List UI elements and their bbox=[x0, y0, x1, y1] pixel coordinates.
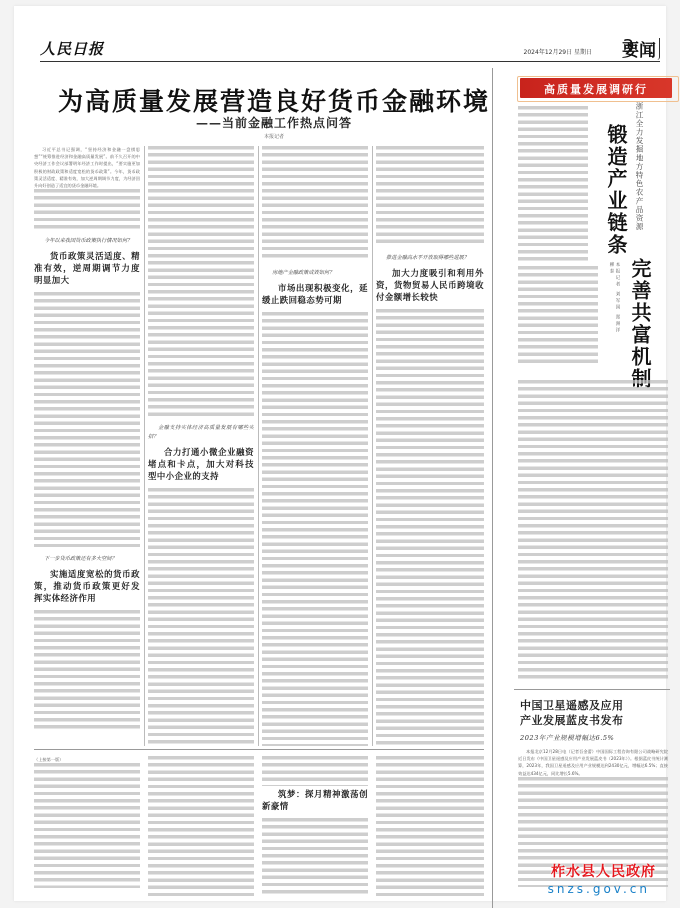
feature-banner-label: 高质量发展调研行 bbox=[520, 81, 672, 97]
feature-title-line-1: 锻造产业链条 bbox=[602, 124, 631, 256]
text-filler bbox=[34, 189, 140, 229]
section-name: 要闻 bbox=[622, 36, 656, 61]
text-filler bbox=[34, 763, 140, 888]
feature-text-mid bbox=[518, 266, 598, 366]
question-3: 房地产金融政策成效如何？ bbox=[262, 269, 368, 278]
newspaper-logo: 人民日报 bbox=[40, 38, 104, 59]
text-filler bbox=[148, 756, 254, 896]
text-filler bbox=[262, 818, 368, 896]
text-filler bbox=[34, 610, 140, 730]
feature-text-top bbox=[518, 106, 588, 264]
continued-column-2 bbox=[148, 756, 254, 896]
text-filler bbox=[376, 756, 484, 896]
continued-tag: （上接第一版） bbox=[34, 756, 140, 763]
feature-title-line-2: 完善共富机制 bbox=[626, 258, 655, 390]
answer-heading-2: 合力打通小微企业融资堵点和卡点，加大对科技型中小企业的支持 bbox=[148, 446, 254, 482]
feature-subtitle: 浙江全力发掘地方特色农产品资源 bbox=[634, 102, 645, 262]
article-column-1: 习近平总书记强调，“坚持经济和金融一盘棋思想”“统筹推进经济和金融高质量发展”。… bbox=[34, 146, 140, 746]
question-1: 今年以来我国货币政策执行情况如何？ bbox=[34, 237, 140, 246]
continued-heading: 筑梦：探月精神激荡创新豪情 bbox=[262, 788, 368, 812]
lead-headline: 为高质量发展营造良好货币金融环境 bbox=[44, 82, 504, 118]
answer-heading-4: 加大力度吸引和利用外资，货物贸易人民币跨境收付金额增长较快 bbox=[376, 267, 484, 303]
column-divider bbox=[372, 146, 373, 746]
text-filler bbox=[518, 266, 598, 366]
text-filler bbox=[34, 292, 140, 547]
lead-subheadline: ——当前金融工作热点问答 bbox=[44, 114, 504, 131]
article-column-4: 推进金融高水平开放取得哪些进展？ 加大力度吸引和利用外资，货物贸易人民币跨境收付… bbox=[376, 146, 484, 746]
watermark-name: 柞水县人民政府 bbox=[551, 861, 656, 881]
text-filler bbox=[518, 106, 588, 264]
section-rule bbox=[34, 749, 484, 750]
box-subheadline: 2023年产业规模增幅达6.5% bbox=[520, 732, 670, 742]
question-2: 金融支持实体经济高质量发展有哪些实招？ bbox=[148, 424, 254, 442]
text-filler bbox=[262, 146, 368, 261]
text-filler bbox=[148, 146, 254, 416]
continued-column-3: 筑梦：探月精神激荡创新豪情 bbox=[262, 756, 368, 896]
feature-text-bottom bbox=[518, 380, 668, 680]
answer-heading-5: 实施适度宽松的货币政策，推动货币政策更好发挥实体经济作用 bbox=[34, 568, 140, 604]
article-column-3: 房地产金融政策成效如何？ 市场出现积极变化，延缓止跌回稳态势可期 bbox=[262, 146, 368, 746]
text-filler bbox=[262, 756, 368, 786]
issue-date: 2024年12月29日 星期日 bbox=[524, 47, 592, 56]
lead-byline: 本报记者 bbox=[44, 133, 504, 140]
text-filler bbox=[518, 380, 668, 680]
question-5: 下一步货币政策还有多大空间？ bbox=[34, 555, 140, 564]
masthead: 人民日报 2024年12月29日 星期日 3 要闻 bbox=[40, 36, 660, 62]
box-headline-line-2: 产业发展蓝皮书发布 bbox=[520, 713, 670, 728]
watermark-url[interactable]: snzs.gov.cn bbox=[548, 882, 650, 896]
box-headline: 中国卫星遥感及应用 产业发展蓝皮书发布 bbox=[520, 698, 670, 728]
continued-column-4 bbox=[376, 756, 484, 896]
feature-banner: 高质量发展调研行 bbox=[520, 78, 672, 98]
section-bracket bbox=[657, 38, 660, 60]
column-divider bbox=[258, 146, 259, 746]
box-dateline: 本报北京12月28日电（记者吾金蕾）中国国际工程咨询有限公司战略研究院近日发布《… bbox=[518, 748, 668, 777]
text-filler bbox=[262, 312, 368, 746]
feature-byline: 本报记者 刘军国 郑洲洋 柳泰 bbox=[608, 262, 620, 342]
text-filler bbox=[376, 309, 484, 746]
text-filler bbox=[148, 488, 254, 746]
question-4: 推进金融高水平开放取得哪些进展？ bbox=[376, 254, 484, 263]
answer-heading-3: 市场出现积极变化，延缓止跌回稳态势可期 bbox=[262, 282, 368, 306]
box-rule bbox=[514, 689, 670, 690]
newspaper-page: 人民日报 2024年12月29日 星期日 3 要闻 为高质量发展营造良好货币金融… bbox=[14, 6, 666, 901]
continued-column-1: （上接第一版） bbox=[34, 756, 140, 896]
intro-paragraph: 习近平总书记强调，“坚持经济和金融一盘棋思想”“统筹推进经济和金融高质量发展”。… bbox=[34, 146, 140, 189]
article-column-2: 金融支持实体经济高质量发展有哪些实招？ 合力打通小微企业融资堵点和卡点，加大对科… bbox=[148, 146, 254, 746]
answer-heading-1: 货币政策灵活适度、精准有效，逆周期调节力度明显加大 bbox=[34, 250, 140, 286]
box-headline-line-1: 中国卫星遥感及应用 bbox=[520, 698, 670, 713]
text-filler bbox=[376, 146, 484, 246]
column-divider bbox=[144, 146, 145, 746]
sidebar-divider bbox=[492, 68, 493, 907]
